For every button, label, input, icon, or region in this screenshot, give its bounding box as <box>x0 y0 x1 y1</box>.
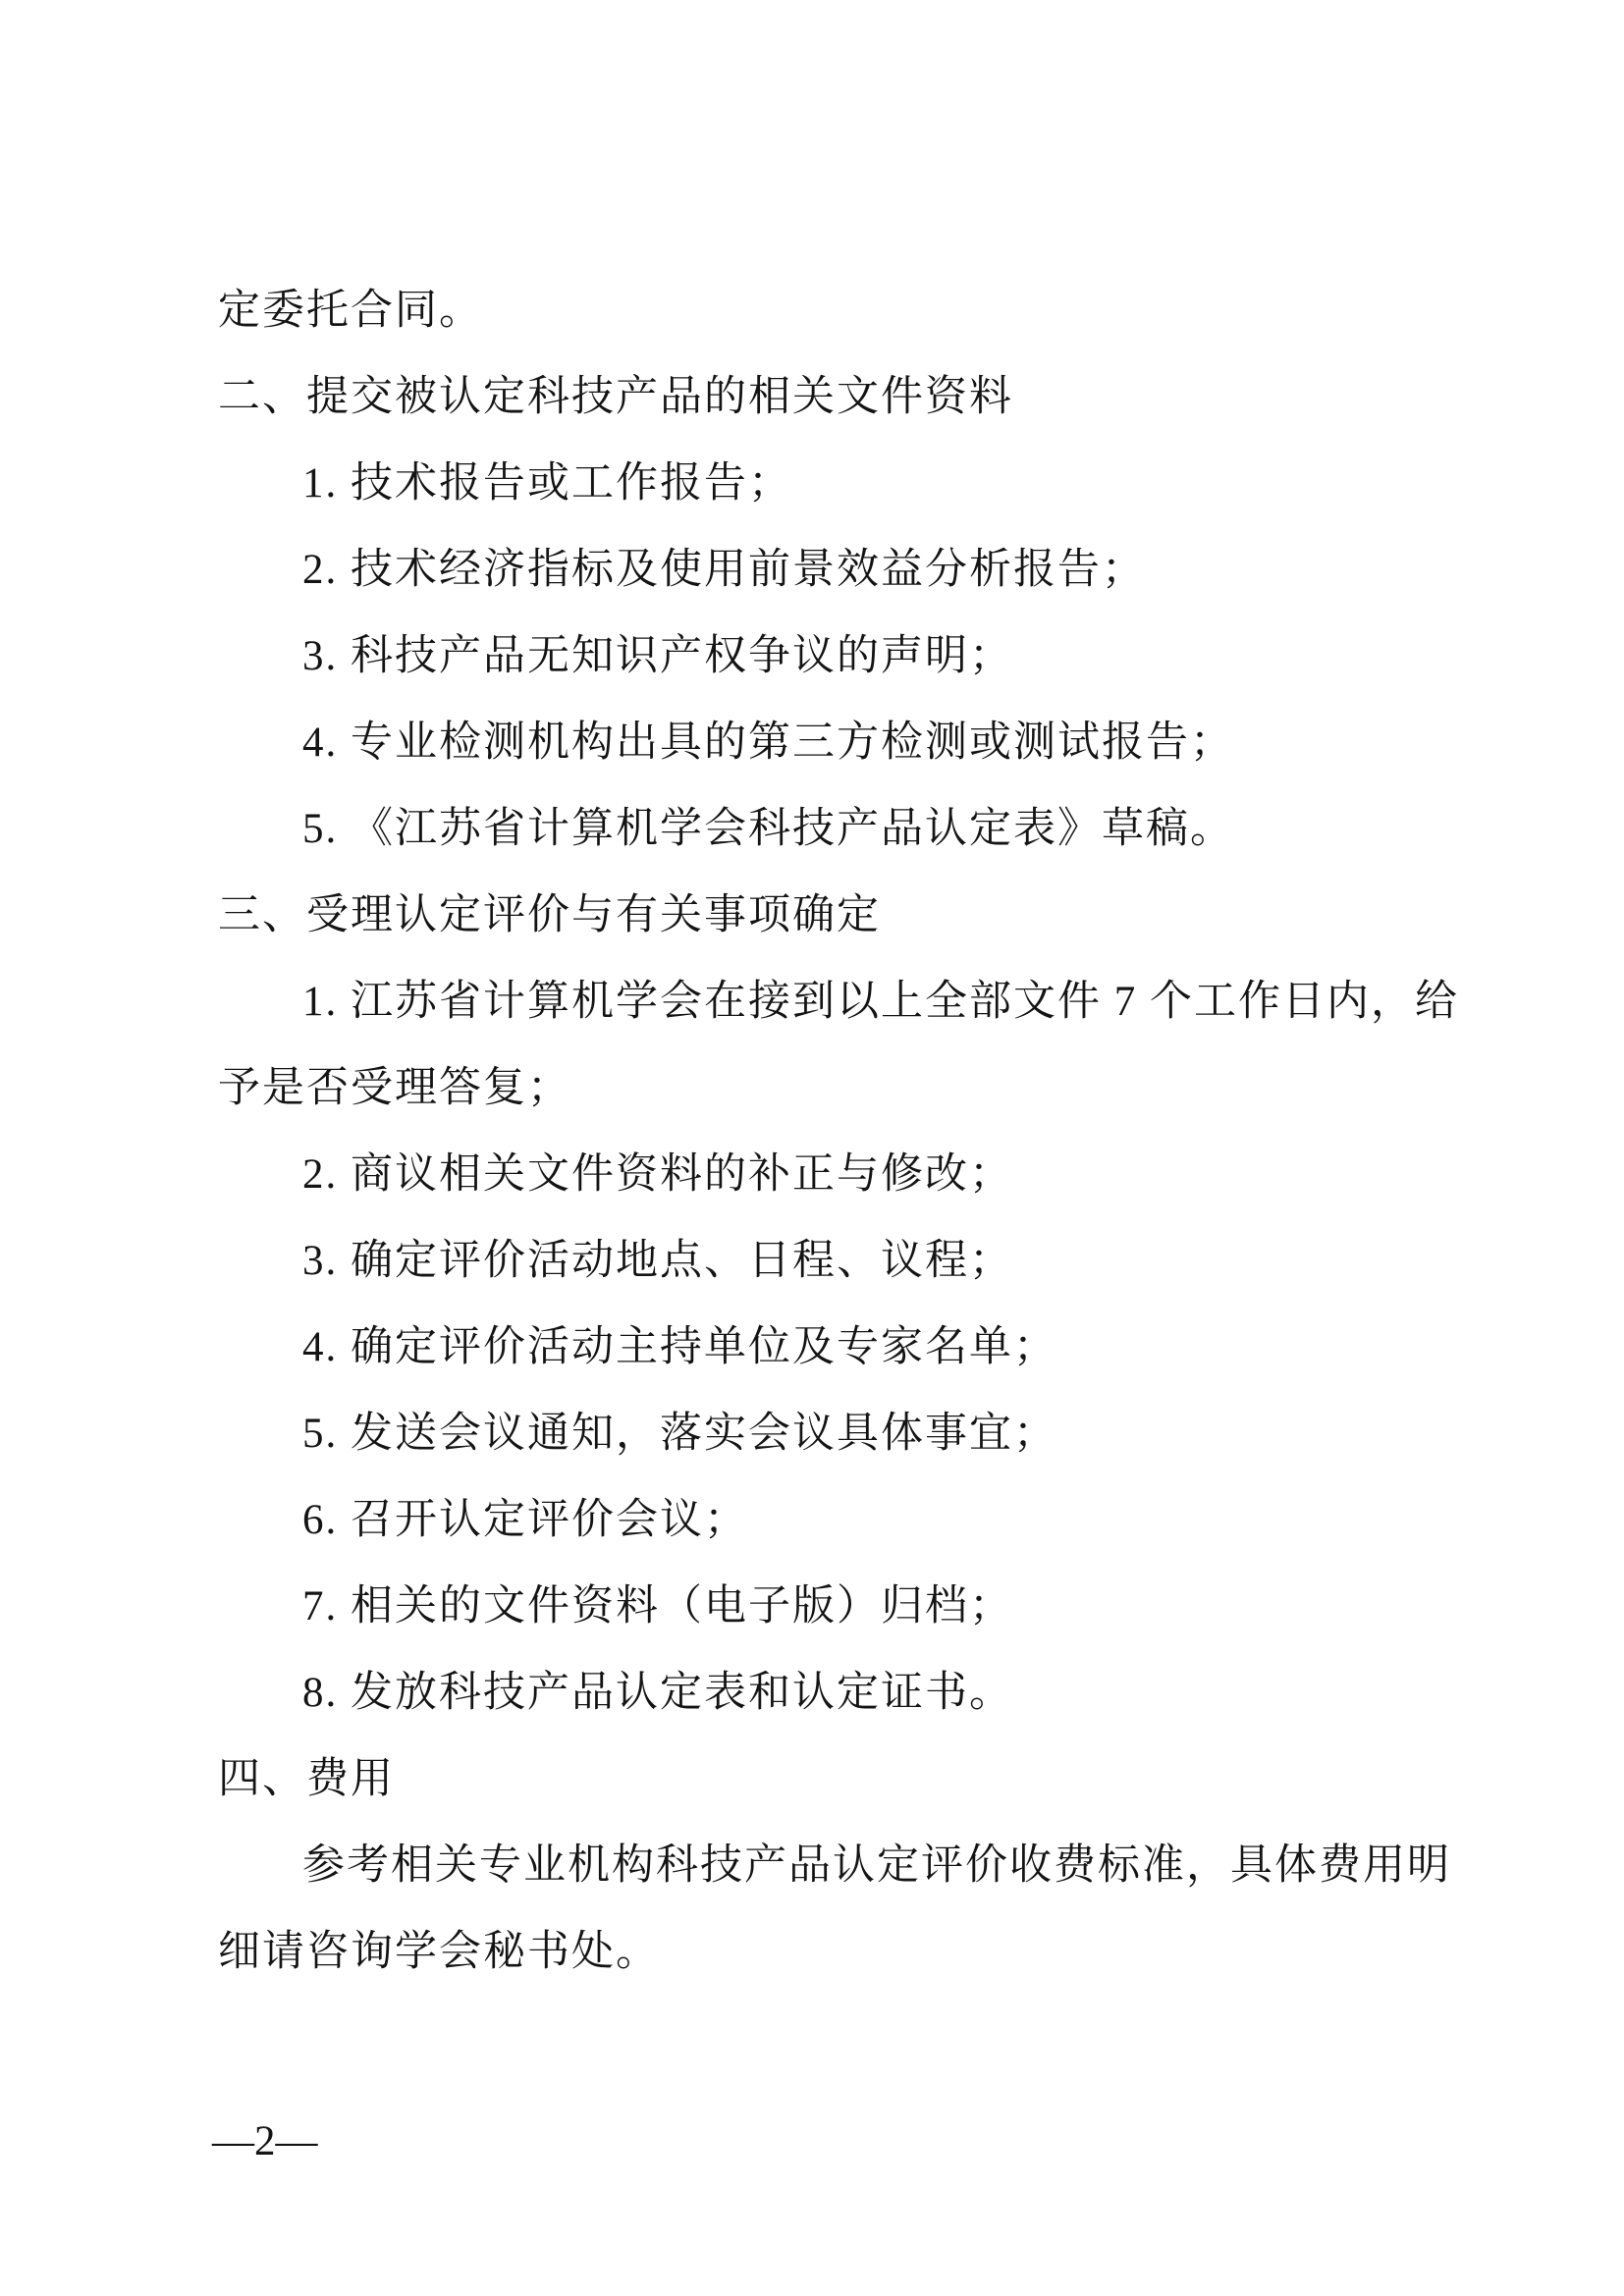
list-item: 4. 确定评价活动主持单位及专家名单； <box>218 1305 1435 1391</box>
list-item: 1. 技术报告或工作报告； <box>218 441 1435 527</box>
list-item: 8. 发放科技产品认定表和认定证书。 <box>218 1650 1435 1736</box>
paragraph-continuation: 细请咨询学会秘书处。 <box>218 1909 1435 1996</box>
list-item: 3. 确定评价活动地点、日程、议程； <box>218 1218 1435 1305</box>
list-item: 3. 科技产品无知识产权争议的声明； <box>218 614 1435 700</box>
list-item: 2. 商议相关文件资料的补正与修改； <box>218 1132 1435 1218</box>
paragraph-continuation: 予是否受理答复； <box>218 1045 1435 1132</box>
list-item: 7. 相关的文件资料（电子版）归档； <box>218 1564 1435 1650</box>
list-item: 4. 专业检测机构出具的第三方检测或测试报告； <box>218 700 1435 786</box>
list-item: 1. 江苏省计算机学会在接到以上全部文件 7 个工作日内，给 <box>218 959 1435 1045</box>
list-item: 6. 召开认定评价会议； <box>218 1477 1435 1564</box>
page-number: —2— <box>212 2112 318 2171</box>
paragraph-first-line: 参考相关专业机构科技产品认定评价收费标准，具体费用明 <box>218 1823 1435 1909</box>
paragraph-continuation: 定委托合同。 <box>218 268 1435 354</box>
list-item: 5. 《江苏省计算机学会科技产品认定表》草稿。 <box>218 786 1435 873</box>
list-item: 2. 技术经济指标及使用前景效益分析报告； <box>218 527 1435 614</box>
list-item: 5. 发送会议通知，落实会议具体事宜； <box>218 1391 1435 1477</box>
section-heading: 三、受理认定评价与有关事项确定 <box>218 873 1435 959</box>
document-body: 定委托合同。 二、提交被认定科技产品的相关文件资料 1. 技术报告或工作报告； … <box>218 268 1435 1996</box>
section-heading: 四、费用 <box>218 1736 1435 1823</box>
document-page: 定委托合同。 二、提交被认定科技产品的相关文件资料 1. 技术报告或工作报告； … <box>0 0 1624 2296</box>
section-heading: 二、提交被认定科技产品的相关文件资料 <box>218 354 1435 441</box>
